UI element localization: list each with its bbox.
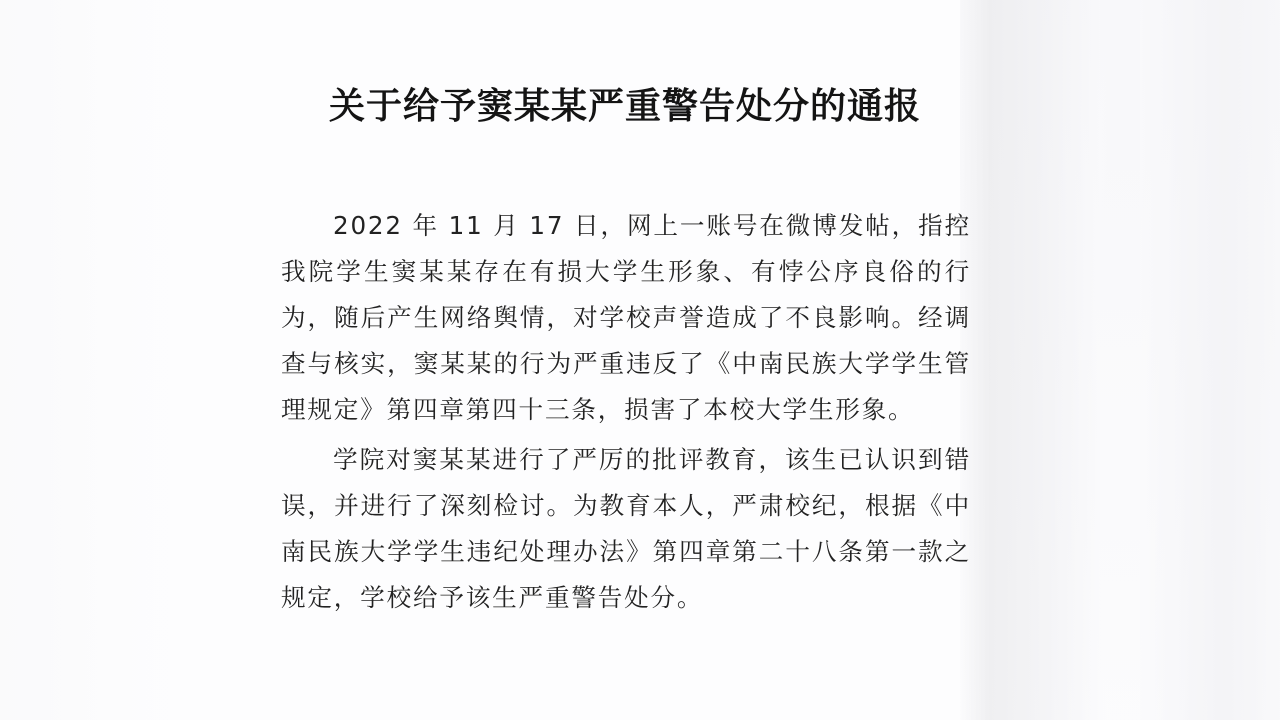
paragraph-decision: 学院对窦某某进行了严厉的批评教育，该生已认识到错误，并进行了深刻检讨。为教育本人… [281, 437, 971, 621]
paragraph-incident: 2022 年 11 月 17 日，网上一账号在微博发帖，指控我院学生窦某某存在有… [281, 203, 971, 433]
document-title: 关于给予窦某某严重警告处分的通报 [300, 78, 950, 129]
document-body: 2022 年 11 月 17 日，网上一账号在微博发帖，指控我院学生窦某某存在有… [281, 203, 971, 621]
scanned-document-page: 关于给予窦某某严重警告处分的通报 2022 年 11 月 17 日，网上一账号在… [0, 0, 1280, 720]
